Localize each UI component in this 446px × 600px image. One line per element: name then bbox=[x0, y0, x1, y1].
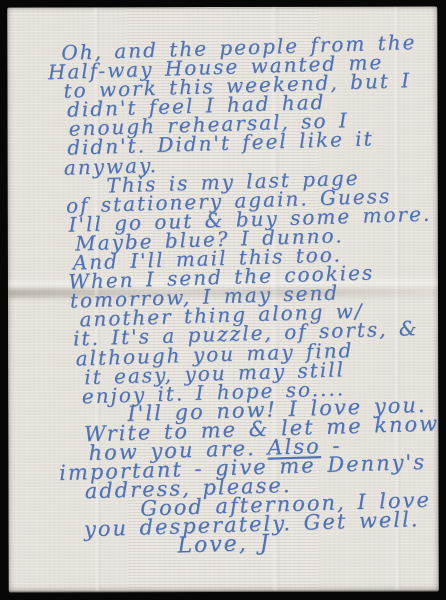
letter-body: Oh, and the people from the Half-way Hou… bbox=[44, 32, 439, 560]
letter-page: Oh, and the people from the Half-way Hou… bbox=[7, 6, 439, 591]
scanned-letter-photo: Oh, and the people from the Half-way Hou… bbox=[0, 0, 446, 600]
